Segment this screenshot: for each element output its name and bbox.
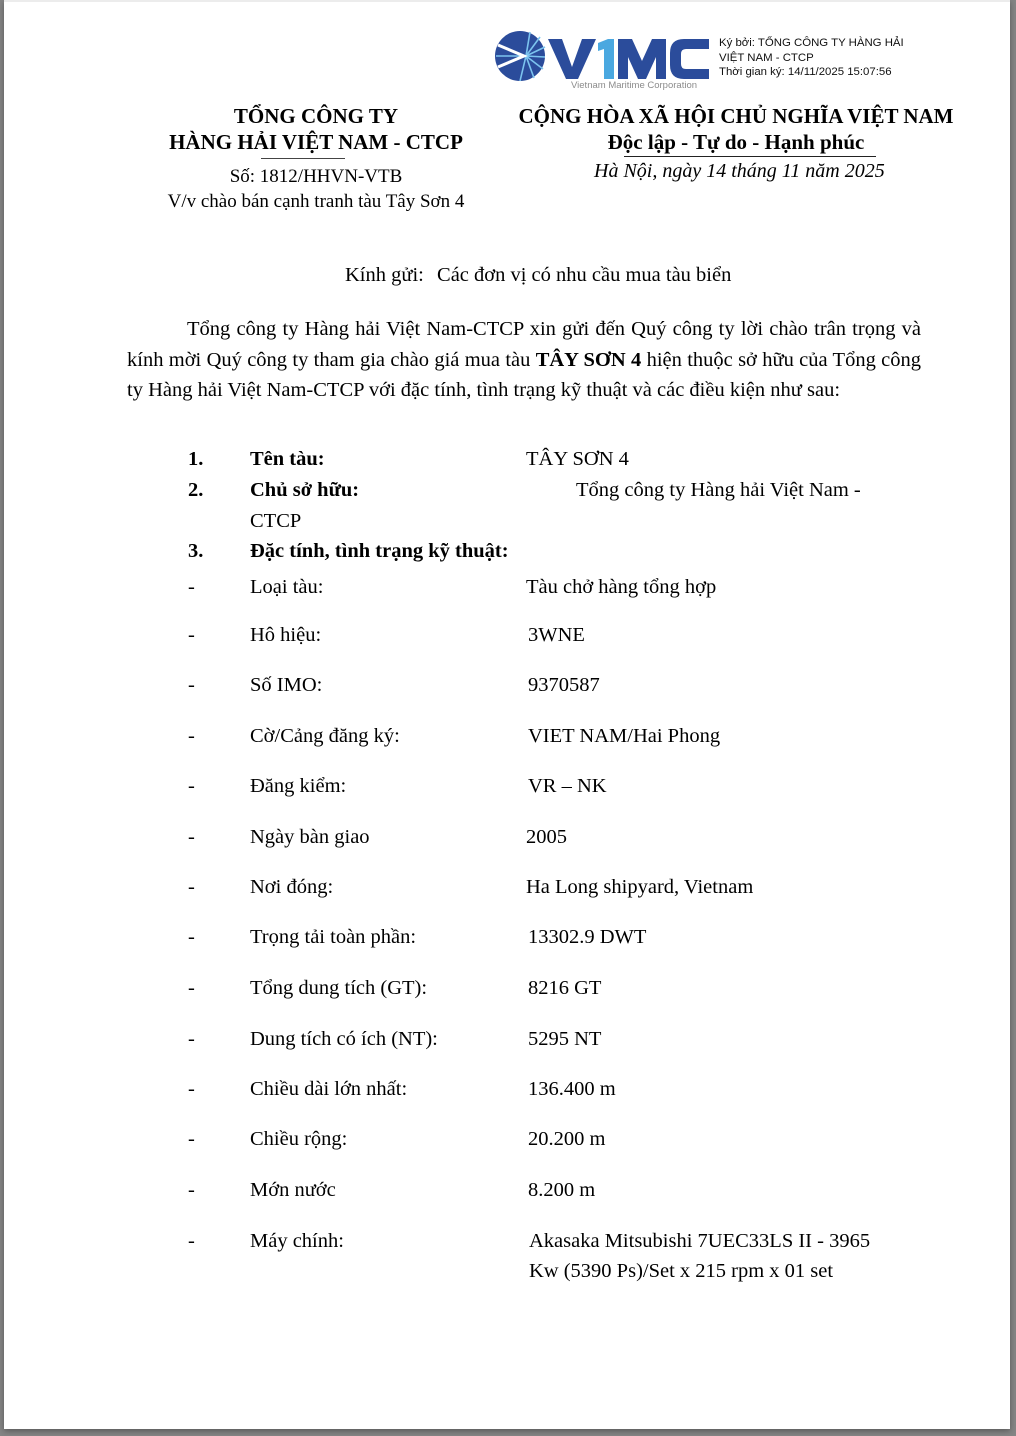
spec-value: 5295 NT	[528, 1028, 601, 1051]
national-motto: Độc lập - Tự do - Hạnh phúc	[494, 130, 978, 155]
spec-label: Tổng dung tích (GT):	[250, 977, 427, 1000]
spec-bullet: -	[188, 1078, 195, 1101]
signature-signer-line1: Ký bởi: TỔNG CÔNG TY HÀNG HẢI	[719, 36, 904, 51]
org-name-line2: HÀNG HẢI VIỆT NAM - CTCP	[114, 130, 518, 155]
spec-bullet: -	[188, 926, 195, 949]
section-label-ship-name: Tên tàu:	[250, 448, 325, 471]
spec-value: 8.200 m	[528, 1179, 595, 1202]
section-label-technical: Đặc tính, tình trạng kỹ thuật:	[250, 540, 509, 563]
spec-value: 2005	[526, 826, 567, 849]
signature-time: Thời gian ký: 14/11/2025 15:07:56	[719, 65, 904, 80]
spec-value: VR – NK	[528, 775, 607, 798]
spec-value: Ha Long shipyard, Vietnam	[526, 876, 753, 899]
spec-value: 13302.9 DWT	[528, 926, 646, 949]
spec-label: Đăng kiểm:	[250, 775, 346, 798]
document-number: Số: 1812/HHVN-VTB	[114, 166, 518, 188]
spec-label: Dung tích có ích (NT):	[250, 1028, 438, 1051]
section-number: 2.	[188, 479, 203, 502]
spec-label: Cờ/Cảng đăng ký:	[250, 725, 400, 748]
national-title: CỘNG HÒA XÃ HỘI CHỦ NGHĨA VIỆT NAM	[494, 104, 978, 129]
digital-signature-stamp: Ký bởi: TỔNG CÔNG TY HÀNG HẢI VIỆT NAM -…	[719, 36, 904, 80]
spec-bullet: -	[188, 1028, 195, 1051]
spec-label: Trọng tải toàn phần:	[250, 926, 416, 949]
spec-bullet: -	[188, 1179, 195, 1202]
recipient-value: Các đơn vị có nhu cầu mua tàu biển	[437, 264, 731, 286]
spec-bullet: -	[188, 876, 195, 899]
place-date: Hà Nội, ngày 14 tháng 11 năm 2025	[594, 160, 885, 183]
spec-bullet: -	[188, 826, 195, 849]
section-label-owner: Chủ sở hữu:	[250, 479, 359, 502]
org-name-line1: TỔNG CÔNG TY	[114, 104, 518, 129]
document-subject: V/v chào bán cạnh tranh tàu Tây Sơn 4	[114, 191, 518, 213]
spec-bullet: -	[188, 674, 195, 697]
spec-value: 136.400 m	[528, 1078, 616, 1101]
section-value-ship-name: TÂY SƠN 4	[526, 448, 629, 471]
spec-bullet: -	[188, 725, 195, 748]
spec-value: 8216 GT	[528, 977, 601, 1000]
spec-value: Tàu chở hàng tổng hợp	[526, 576, 716, 599]
spec-label: Ngày bàn giao	[250, 826, 370, 849]
spec-label: Mớn nước	[250, 1179, 336, 1202]
spec-label: Số IMO:	[250, 674, 322, 697]
spec-bullet: -	[188, 775, 195, 798]
spec-value-cont: Kw (5390 Ps)/Set x 215 rpm x 01 set	[529, 1260, 833, 1283]
intro-ship-name: TÂY SƠN 4	[536, 349, 642, 371]
logo-tagline: Vietnam Maritime Corporation	[571, 80, 697, 91]
spec-bullet: -	[188, 624, 195, 647]
spec-value: 3WNE	[528, 624, 585, 647]
spec-value: 9370587	[528, 674, 600, 697]
spec-bullet: -	[188, 576, 195, 599]
spec-bullet: -	[188, 977, 195, 1000]
document-page: Vietnam Maritime Corporation Ký bởi: TỔN…	[4, 0, 1010, 1429]
section-number: 1.	[188, 448, 203, 471]
spec-label: Hô hiệu:	[250, 624, 321, 647]
section-number: 3.	[188, 540, 203, 563]
org-divider	[261, 158, 345, 159]
signature-signer-line2: VIỆT NAM - CTCP	[719, 51, 904, 66]
intro-paragraph: Tổng công ty Hàng hải Việt Nam-CTCP xin …	[127, 314, 921, 406]
recipient-line: Kính gửi: Các đơn vị có nhu cầu mua tàu …	[345, 264, 731, 287]
spec-label: Chiều dài lớn nhất:	[250, 1078, 407, 1101]
section-value-owner-cont: CTCP	[250, 510, 301, 533]
spec-label: Chiều rộng:	[250, 1128, 347, 1151]
section-value-owner: Tổng công ty Hàng hải Việt Nam -	[576, 479, 861, 502]
spec-value: VIET NAM/Hai Phong	[528, 725, 720, 748]
spec-value: 20.200 m	[528, 1128, 605, 1151]
spec-label: Máy chính:	[250, 1230, 344, 1253]
spec-bullet: -	[188, 1230, 195, 1253]
spec-label: Nơi đóng:	[250, 876, 333, 899]
motto-underline	[624, 156, 876, 157]
spec-label: Loại tàu:	[250, 576, 323, 599]
spec-bullet: -	[188, 1128, 195, 1151]
recipient-label: Kính gửi:	[345, 264, 424, 286]
spec-value: Akasaka Mitsubishi 7UEC33LS II - 3965	[529, 1230, 870, 1253]
